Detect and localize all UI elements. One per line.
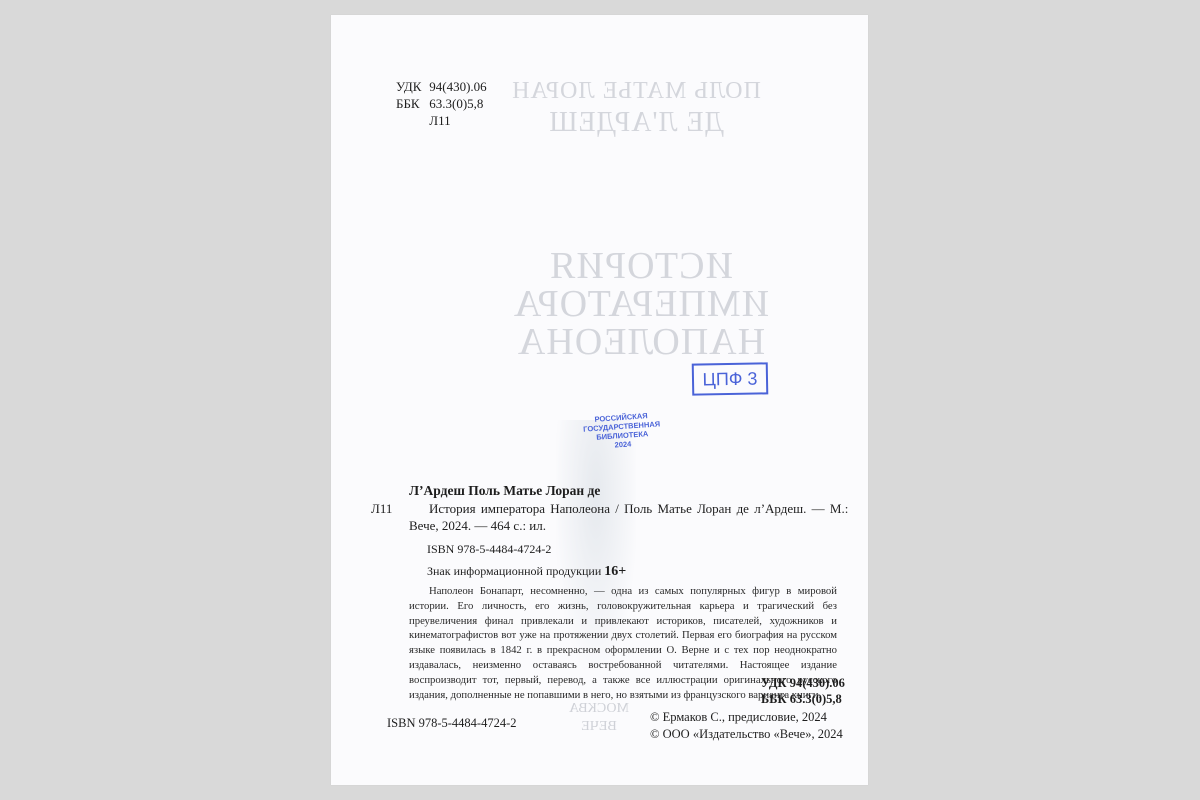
classification-block-top: УДК 94(430).06 ББК 63.3(0)5,8 Л11 <box>396 78 487 129</box>
classification-block-bottom: УДК 94(430).06 ББК 63.3(0)5,8 <box>761 675 845 707</box>
show-through-imprint: МОСКВА ВЕЧЕ <box>549 700 649 736</box>
author-mark-top: Л11 <box>429 113 450 128</box>
isbn-footer: ISBN 978-5-4484-4724-2 <box>387 716 517 731</box>
ghost-title-line-3: НАПОЛЕОНА <box>506 323 776 361</box>
bibliographic-description: История императора Наполеона / Поль Мать… <box>429 501 848 517</box>
copyright-publisher: © ООО «Издательство «Вече», 2024 <box>650 726 843 743</box>
book-page-scan: ПОЛЬ МАТЬЕ ЛОРАН ДЕ Л'АРДЕШ ИСТОРИЯ ИМПЕ… <box>331 15 868 785</box>
show-through-title: ИСТОРИЯ ИМПЕРАТОРА НАПОЛЕОНА <box>506 247 776 361</box>
ghost-author-line-1: ПОЛЬ МАТЬЕ ЛОРАН <box>501 75 771 107</box>
ghost-title-line-2: ИМПЕРАТОРА <box>506 285 776 323</box>
age-rating-value: 16+ <box>604 564 626 579</box>
bbk-value: 63.3(0)5,8 <box>429 96 483 111</box>
show-through-author: ПОЛЬ МАТЬЕ ЛОРАН ДЕ Л'АРДЕШ <box>501 75 771 139</box>
author-heading: Л’Ардеш Поль Матье Лоран де <box>409 483 600 499</box>
copyright-block: © Ермаков С., предисловие, 2024 © ООО «И… <box>650 709 843 743</box>
udk-label: УДК <box>396 78 426 95</box>
age-rating-label: Знак информационной продукции <box>427 564 601 578</box>
cpf-stamp: ЦПФ 3 <box>692 362 769 395</box>
udk-bottom: УДК 94(430).06 <box>761 675 845 691</box>
ghost-author-line-2: ДЕ Л'АРДЕШ <box>501 107 771 139</box>
ghost-city: МОСКВА <box>549 700 649 718</box>
ghost-title-line-1: ИСТОРИЯ <box>506 247 776 285</box>
author-mark: Л11 <box>371 501 392 517</box>
isbn-card: ISBN 978-5-4484-4724-2 <box>427 542 551 557</box>
bbk-bottom: ББК 63.3(0)5,8 <box>761 691 845 707</box>
ghost-publisher: ВЕЧЕ <box>549 718 649 736</box>
bibliographic-description-cont: Вече, 2024. — 464 с.: ил. <box>409 518 546 534</box>
age-rating: Знак информационной продукции 16+ <box>427 564 626 580</box>
copyright-preface: © Ермаков С., предисловие, 2024 <box>650 709 843 726</box>
udk-value: 94(430).06 <box>429 79 486 94</box>
bbk-label: ББК <box>396 95 426 112</box>
library-stamp: РОССИЙСКАЯ ГОСУДАРСТВЕННАЯ БИБЛИОТЕКА 20… <box>566 409 678 453</box>
